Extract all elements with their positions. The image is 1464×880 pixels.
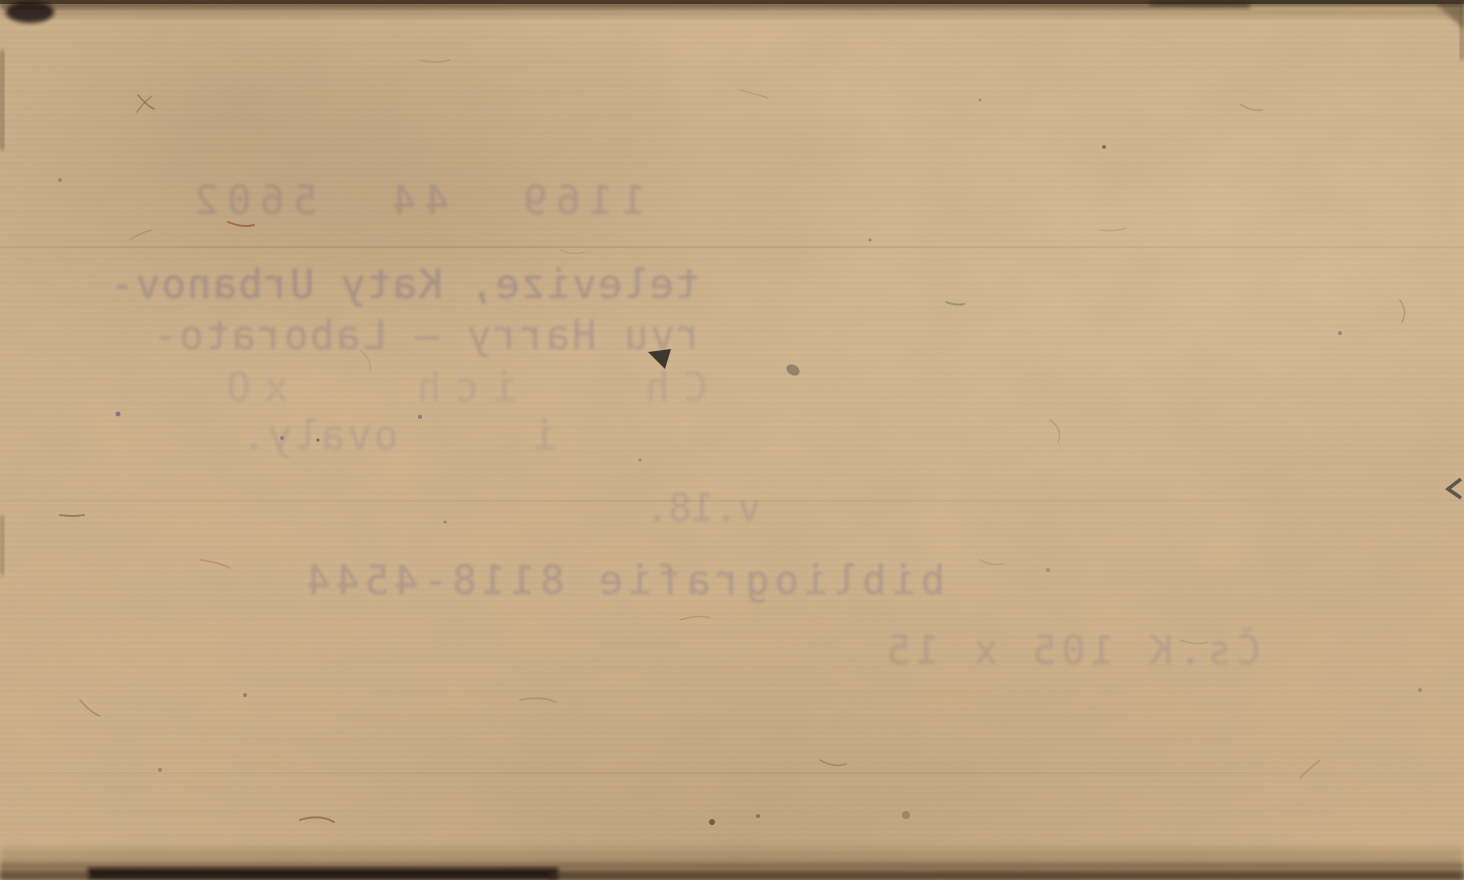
bleedthrough-line-1: 1169 44 5602	[250, 180, 646, 222]
paper-grain	[0, 0, 1464, 880]
bleedthrough-line-8: Čs.K 105 x 15	[880, 630, 1262, 672]
paper-crease-streak	[0, 500, 1464, 502]
ink-smudge	[784, 362, 801, 378]
edge-chevron-mark	[1448, 479, 1461, 498]
scanline-bands	[0, 0, 1464, 880]
paper-crease-streak	[0, 246, 1464, 248]
paper-specks	[58, 99, 1422, 826]
paper-fibers	[60, 60, 1405, 822]
paper-crease-streak	[0, 772, 1464, 774]
bleedthrough-line-6: v.18.	[645, 489, 761, 529]
bleedthrough-line-2: televize, Katy Urbanov-	[108, 264, 700, 306]
paper-card: 1169 44 5602 televize, Katy Urbanov- rvu…	[0, 0, 1464, 880]
bleedthrough-line-7: bibliografie 8118-4544	[300, 560, 946, 602]
paper-texture-svg	[0, 0, 1464, 880]
black-fleck	[648, 349, 671, 369]
edge-shading	[0, 0, 1464, 880]
paper-mottle	[0, 0, 1464, 880]
bleedthrough-line-4: Ch ich xO	[210, 367, 710, 409]
bleedthrough-line-5: i ovaly.	[225, 415, 571, 457]
bleedthrough-line-3: rvu Harry — Laborato-	[150, 315, 702, 357]
